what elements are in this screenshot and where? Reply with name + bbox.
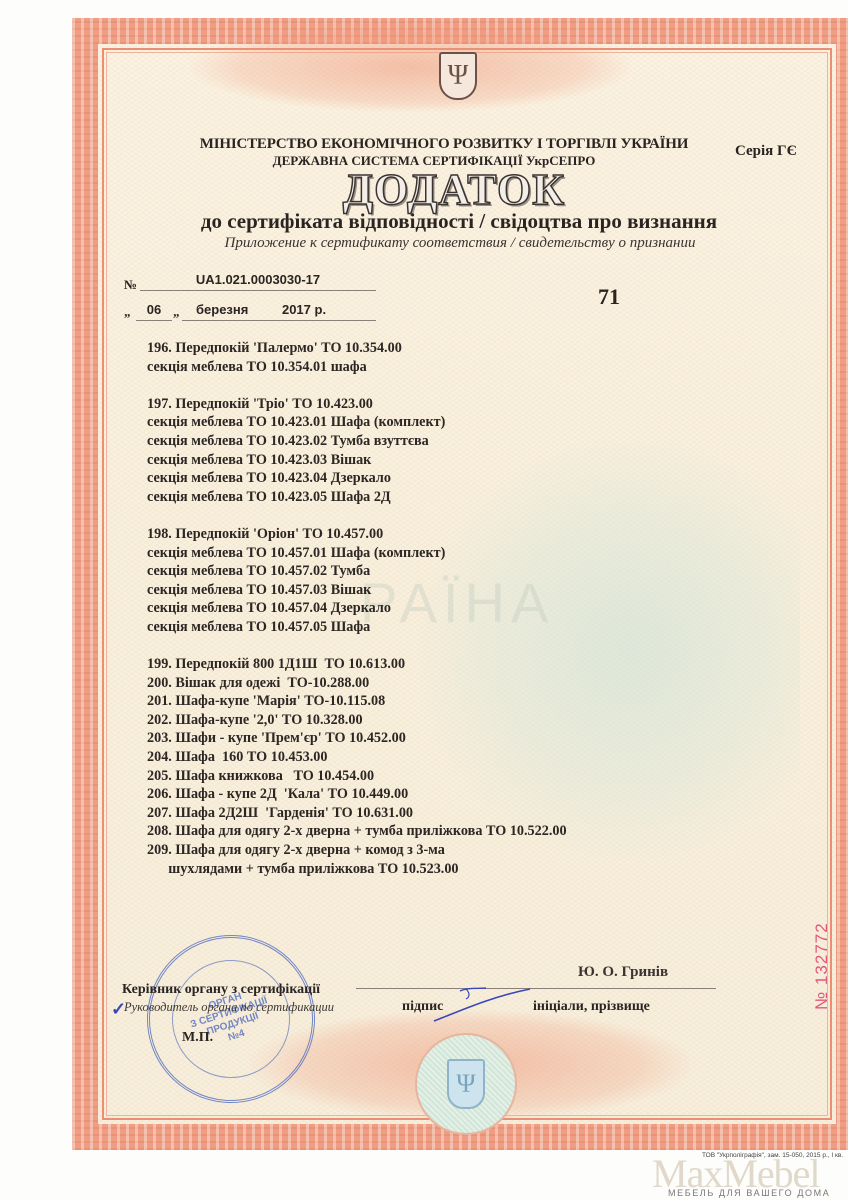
product-list: 196. Передпокій 'Палермо' ТО 10.354.00се… [147,339,747,878]
date-year: 2017 р. [282,302,326,317]
list-item: секція меблева ТО 10.457.02 Тумба [147,562,747,581]
list-gap [147,376,747,395]
list-item: секція меблева ТО 10.457.01 Шафа (компле… [147,544,747,563]
date-month-year: березня 2017 р. [182,302,376,321]
trident-coat-of-arms-icon: Ψ [439,52,477,100]
list-item: 201. Шафа-купе 'Марія' ТО-10.115.08 [147,692,747,711]
document-subtitle-ru: Приложение к сертификату соответствия / … [0,235,848,252]
date-day: 06 [136,302,172,321]
list-item: 196. Передпокій 'Палермо' ТО 10.354.00 [147,339,747,358]
date-close-quote: „ [173,304,180,320]
list-item: 208. Шафа для одягу 2-х дверна + тумба п… [147,822,747,841]
list-item: секція меблева ТО 10.423.02 Тумба взуттє… [147,432,747,451]
list-item: секція меблева ТО 10.457.04 Дзеркало [147,599,747,618]
certificate-number: UA1.021.0003030-17 [140,272,376,291]
list-item: секція меблева ТО 10.423.03 Вішак [147,451,747,470]
top-ornament [190,22,630,112]
list-item: секція меблева ТО 10.423.05 Шафа 2Д [147,488,747,507]
list-item: 203. Шафи - купе 'Прем'єр' ТО 10.452.00 [147,729,747,748]
document-title: ДОДАТОК [0,164,848,215]
list-item: секція меблева ТО 10.423.04 Дзеркало [147,469,747,488]
seal-label: М.П. [182,1030,213,1046]
head-of-body-label-ru: Руководитель органа по сертификации [124,1000,334,1015]
list-gap [147,637,747,656]
list-item: шухлядами + тумба приліжкова ТО 10.523.0… [147,860,747,879]
document-subtitle: до сертифіката відповідності / свідоцтва… [0,209,848,234]
list-gap [147,506,747,525]
list-item: секція меблева ТО 10.423.01 Шафа (компле… [147,413,747,432]
series-label: Серія ГЄ [735,143,797,160]
signer-name: Ю. О. Гринів [578,964,668,981]
number-label: № [124,277,137,293]
list-item: 200. Вішак для одежі ТО-10.288.00 [147,674,747,693]
date-month: березня [196,302,248,317]
list-item: 199. Передпокій 800 1Д1Ш ТО 10.613.00 [147,655,747,674]
list-item: 206. Шафа - купе 2Д 'Кала' ТО 10.449.00 [147,785,747,804]
page-number: 71 [598,284,620,310]
list-item: секція меблева ТО 10.354.01 шафа [147,358,747,377]
list-item: 209. Шафа для одягу 2-х дверна + комод з… [147,841,747,860]
list-item: 205. Шафа книжкова ТО 10.454.00 [147,767,747,786]
serial-number: № 132772 [812,922,832,1010]
trident-hologram-icon: Ψ [447,1059,485,1109]
list-item: 197. Передпокій 'Тріо' ТО 10.423.00 [147,395,747,414]
brand-tagline: МЕБЕЛЬ ДЛЯ ВАШЕГО ДОМА [668,1188,830,1198]
hologram-seal: Ψ [415,1033,517,1135]
list-item: 204. Шафа 160 ТО 10.453.00 [147,748,747,767]
list-item: 202. Шафа-купе '2,0' ТО 10.328.00 [147,711,747,730]
list-item: 207. Шафа 2Д2Ш 'Гарденія' ТО 10.631.00 [147,804,747,823]
stamp-line: №4 [227,1028,247,1045]
list-item: 198. Передпокій 'Оріон' ТО 10.457.00 [147,525,747,544]
handwritten-signature [430,985,590,1025]
ministry-name: МІНІСТЕРСТВО ЕКОНОМІЧНОГО РОЗВИТКУ І ТОР… [0,136,848,153]
list-item: секція меблева ТО 10.457.03 Вішак [147,581,747,600]
list-item: секція меблева ТО 10.457.05 Шафа [147,618,747,637]
head-of-body-label: Керівник органу з сертифікації [122,982,320,998]
date-open-quote: „ [124,304,131,320]
